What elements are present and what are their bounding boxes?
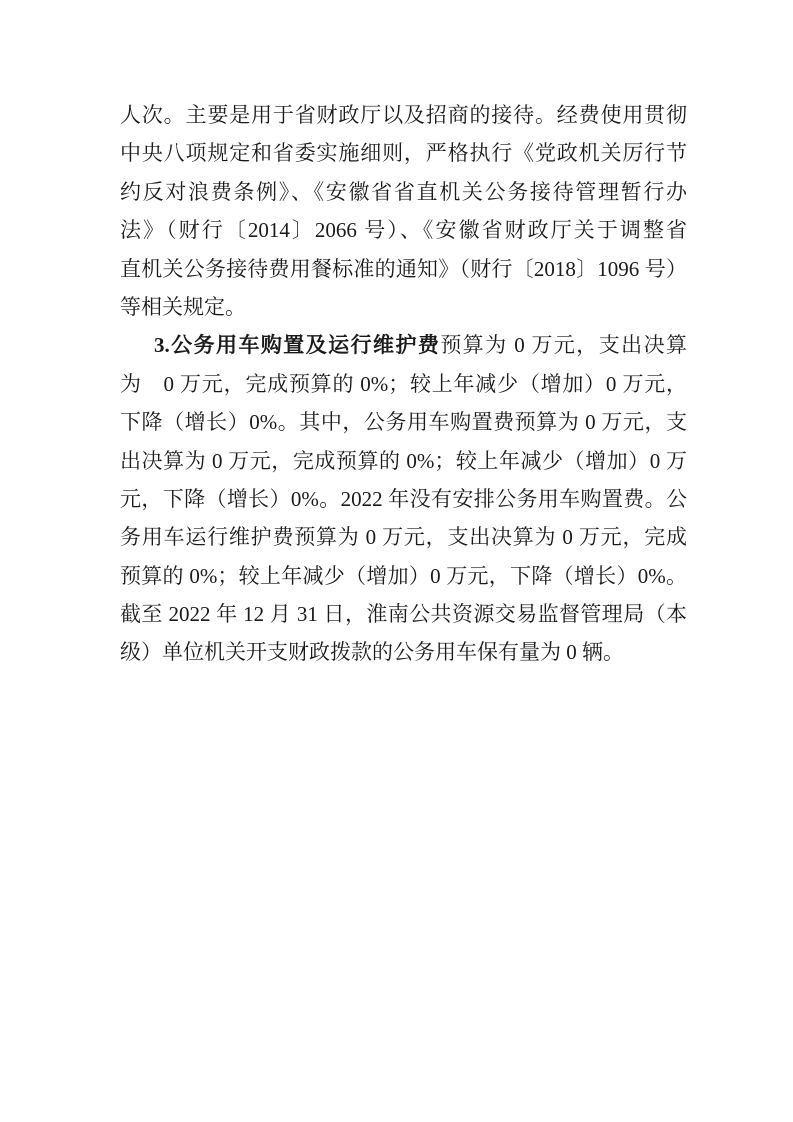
text-segment: 法》（财行〔2014〕2066 号）、《安徽省财政厅关于调整省 bbox=[120, 218, 687, 242]
text-block: 人次。主要是用于省财政厅以及招商的接待。经费使用贯彻中央八项规定和省委实施细则，… bbox=[120, 96, 687, 672]
text-line: 为 0 万元，完成预算的 0%；较上年减少（增加）0 万元， bbox=[120, 365, 687, 403]
bold-heading-segment: 3.公务用车购置及运行维护费 bbox=[154, 333, 440, 357]
text-line: 法》（财行〔2014〕2066 号）、《安徽省财政厅关于调整省 bbox=[120, 211, 687, 249]
text-line: 约反对浪费条例》、《安徽省省直机关公务接待管理暂行办 bbox=[120, 173, 687, 211]
text-line: 级）单位机关开支财政拨款的公务用车保有量为 0 辆。 bbox=[120, 633, 687, 671]
text-segment: 预算为 0 万元，支出决算 bbox=[440, 333, 687, 357]
text-segment: 出决算为 0 万元，完成预算的 0%；较上年减少（增加）0 万 bbox=[120, 449, 687, 473]
text-line: 中央八项规定和省委实施细则，严格执行《党政机关厉行节 bbox=[120, 134, 687, 172]
text-line: 元，下降（增长）0%。2022 年没有安排公务用车购置费。公 bbox=[120, 480, 687, 518]
text-segment: 下降（增长）0%。其中，公务用车购置费预算为 0 万元，支 bbox=[120, 410, 687, 434]
text-line: 3.公务用车购置及运行维护费预算为 0 万元，支出决算 bbox=[120, 326, 687, 364]
text-line: 直机关公务接待费用餐标准的通知》（财行〔2018〕1096 号） bbox=[120, 250, 687, 288]
text-segment: 直机关公务接待费用餐标准的通知》（财行〔2018〕1096 号） bbox=[120, 257, 687, 281]
text-line: 截至 2022 年 12 月 31 日，淮南公共资源交易监督管理局（本 bbox=[120, 595, 687, 633]
text-segment: 务用车运行维护费预算为 0 万元，支出决算为 0 万元，完成 bbox=[120, 525, 687, 549]
text-segment: 预算的 0%；较上年减少（增加）0 万元，下降（增长）0%。 bbox=[120, 564, 687, 588]
text-segment: 约反对浪费条例》、《安徽省省直机关公务接待管理暂行办 bbox=[120, 180, 687, 204]
text-line: 等相关规定。 bbox=[120, 288, 687, 326]
text-segment: 人次。主要是用于省财政厅以及招商的接待。经费使用贯彻 bbox=[120, 103, 687, 127]
text-segment: 中央八项规定和省委实施细则，严格执行《党政机关厉行节 bbox=[120, 141, 687, 165]
text-segment: 级）单位机关开支财政拨款的公务用车保有量为 0 辆。 bbox=[120, 640, 624, 664]
text-line: 预算的 0%；较上年减少（增加）0 万元，下降（增长）0%。 bbox=[120, 557, 687, 595]
text-segment: 截至 2022 年 12 月 31 日，淮南公共资源交易监督管理局（本 bbox=[120, 602, 687, 626]
text-segment: 元，下降（增长）0%。2022 年没有安排公务用车购置费。公 bbox=[120, 487, 687, 511]
text-line: 出决算为 0 万元，完成预算的 0%；较上年减少（增加）0 万 bbox=[120, 442, 687, 480]
text-line: 务用车运行维护费预算为 0 万元，支出决算为 0 万元，完成 bbox=[120, 518, 687, 556]
text-segment: 等相关规定。 bbox=[120, 295, 246, 319]
document-page: 人次。主要是用于省财政厅以及招商的接待。经费使用贯彻中央八项规定和省委实施细则，… bbox=[0, 0, 793, 1122]
text-line: 下降（增长）0%。其中，公务用车购置费预算为 0 万元，支 bbox=[120, 403, 687, 441]
text-segment: 为 0 万元，完成预算的 0%；较上年减少（增加）0 万元， bbox=[120, 372, 687, 396]
text-line: 人次。主要是用于省财政厅以及招商的接待。经费使用贯彻 bbox=[120, 96, 687, 134]
